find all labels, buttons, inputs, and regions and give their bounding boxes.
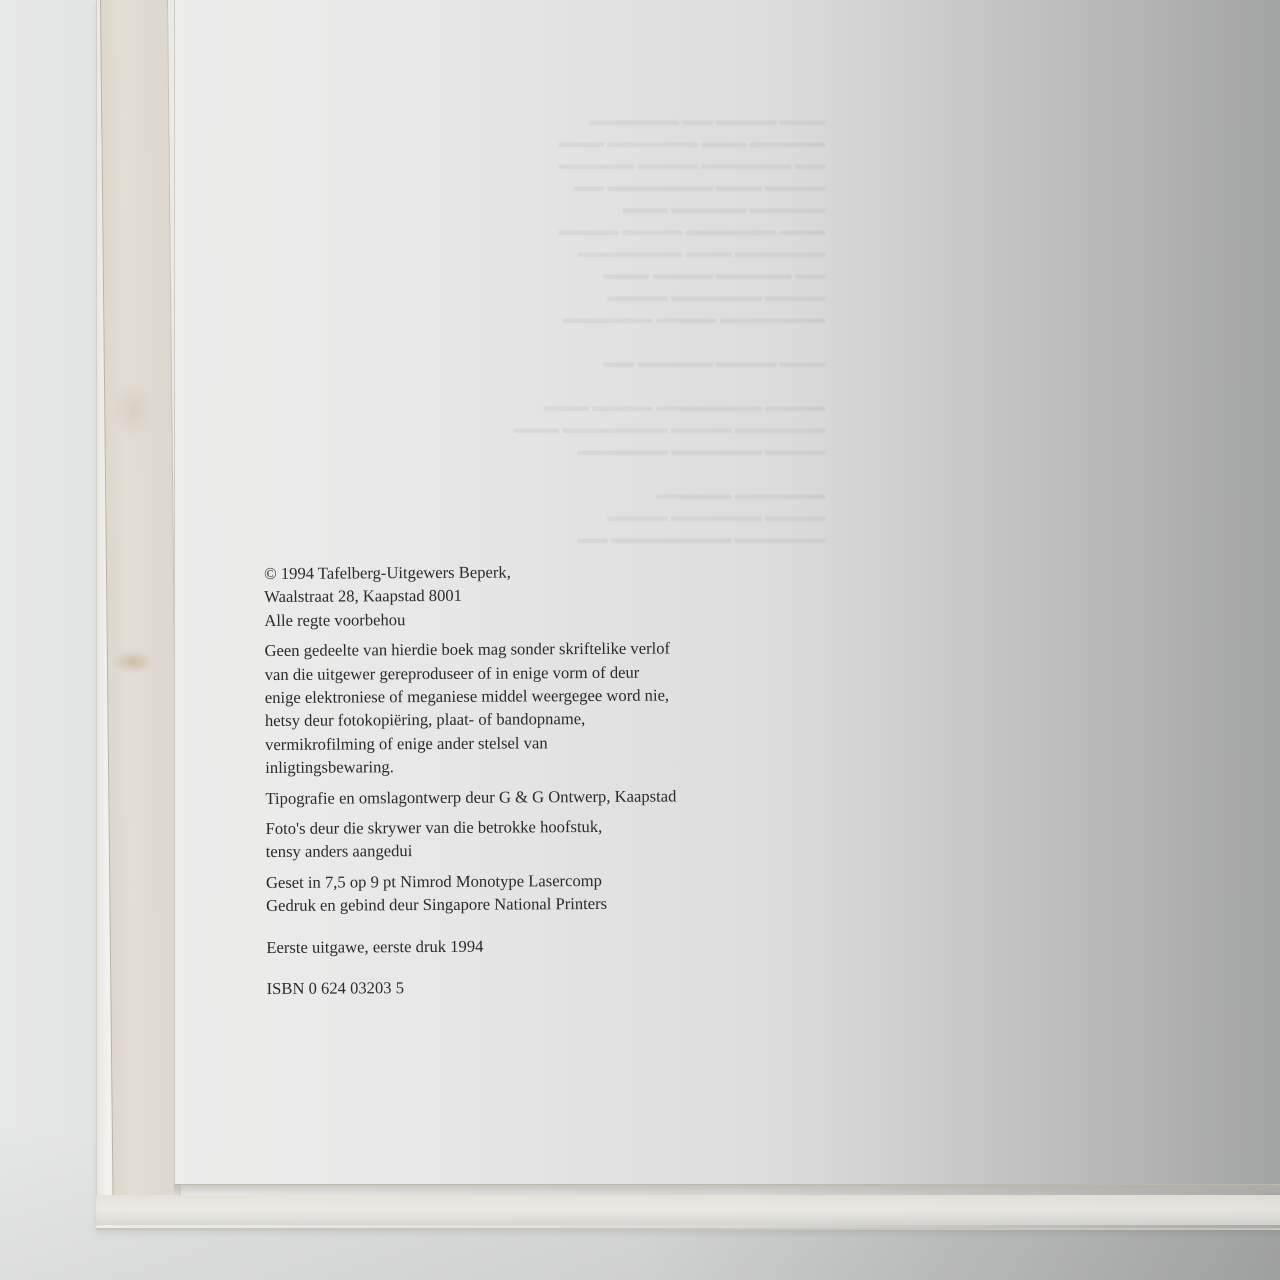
rights-notice: Geen gedeelte van hierdie boek mag sonde… <box>264 636 805 780</box>
edition-line: Eerste uitgawe, eerste druk 1994 <box>266 932 806 959</box>
endpaper-hinge-strip <box>100 0 181 1200</box>
edition-statement: Eerste uitgawe, eerste druk 1994 <box>266 932 806 959</box>
hinge-stain <box>112 650 154 674</box>
plastic-cover-bottom-edge <box>96 1195 1280 1225</box>
rights-notice-line: enige elektroniese of meganiese middel w… <box>265 683 805 710</box>
typesetting-line: Geset in 7,5 op 9 pt Nimrod Monotype Las… <box>266 868 806 895</box>
rights-notice-line: vermikrofilming of enige ander stelsel v… <box>265 730 805 757</box>
hinge-stain <box>112 380 154 440</box>
photo-credit-line: Foto's deur die skrywer van die betrokke… <box>266 814 806 841</box>
rights-notice-line: Geen gedeelte van hierdie boek mag sonde… <box>264 636 804 663</box>
copyright-line: © 1994 Tafelberg-Uitgewers Beperk, <box>264 559 804 586</box>
rights-notice-line: hetsy deur fotokopiëring, plaat- of band… <box>265 706 805 733</box>
production-credits: Geset in 7,5 op 9 pt Nimrod Monotype Las… <box>266 868 806 918</box>
typography-credit: Tipografie en omslagontwerp deur G & G O… <box>265 783 805 810</box>
copyright-notice: © 1994 Tafelberg-Uitgewers Beperk, Waals… <box>264 559 804 633</box>
photo-credit: Foto's deur die skrywer van die betrokke… <box>266 814 806 864</box>
isbn-line: ISBN 0 624 03203 5 <box>267 974 807 1001</box>
all-rights-reserved: Alle regte voorbehou <box>264 606 804 633</box>
page-edge-shadow <box>174 1184 1280 1196</box>
rights-notice-line: van die uitgewer gereproduseer of in eni… <box>265 659 805 686</box>
printing-line: Gedruk en gebind deur Singapore National… <box>266 891 806 918</box>
publisher-address: Waalstraat 28, Kaapstad 8001 <box>264 582 804 609</box>
photo-credit-line: tensy anders aangedui <box>266 837 806 864</box>
imprint-text-block: © 1994 Tafelberg-Uitgewers Beperk, Waals… <box>264 559 807 1008</box>
rights-notice-line: inligtingsbewaring. <box>265 753 805 780</box>
isbn: ISBN 0 624 03203 5 <box>267 974 807 1001</box>
typography-credit-line: Tipografie en omslagontwerp deur G & G O… <box>265 783 805 810</box>
